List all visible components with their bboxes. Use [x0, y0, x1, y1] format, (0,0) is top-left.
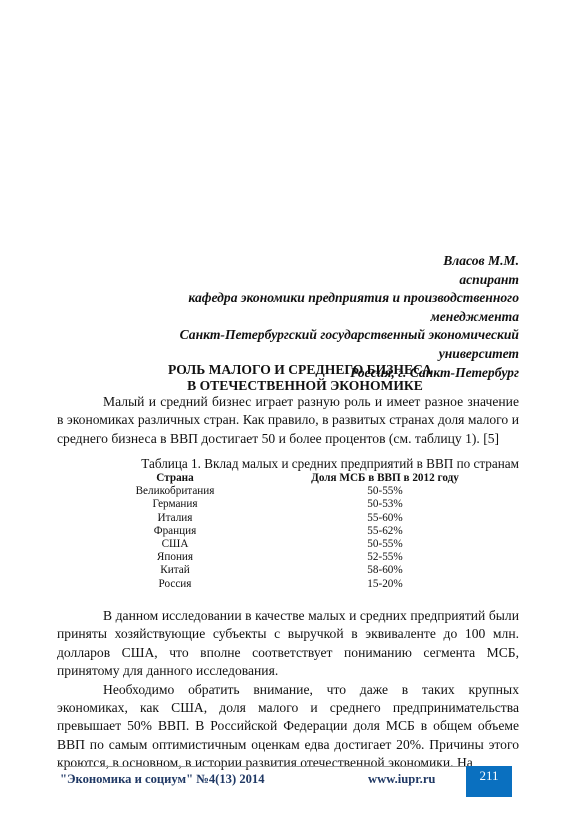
sme-gdp-table: Страна Доля МСБ в ВВП в 2012 году Велико…: [100, 472, 520, 591]
country-cell: Германия: [100, 498, 250, 511]
footer-journal-name: "Экономика и социум" №4(13) 2014: [60, 772, 265, 787]
table-caption: Таблица 1. Вклад малых и средних предпри…: [57, 456, 519, 472]
header-country: Страна: [100, 472, 250, 485]
country-cell: Китай: [100, 564, 250, 577]
table-row: США 50-55%: [100, 538, 520, 551]
footer-divider: [57, 766, 467, 767]
table-row: Германия 50-53%: [100, 498, 520, 511]
table-row: Великобритания 50-55%: [100, 485, 520, 498]
share-cell: 50-55%: [250, 485, 520, 498]
share-cell: 50-55%: [250, 538, 520, 551]
author-department-line1: кафедра экономики предприятия и производ…: [100, 289, 519, 308]
share-cell: 55-60%: [250, 512, 520, 525]
author-position: аспирант: [100, 271, 519, 290]
country-cell: Великобритания: [100, 485, 250, 498]
country-cell: Япония: [100, 551, 250, 564]
country-cell: США: [100, 538, 250, 551]
table-row: Япония 52-55%: [100, 551, 520, 564]
country-cell: Франция: [100, 525, 250, 538]
paragraph-2: В данном исследовании в качестве малых и…: [57, 607, 519, 681]
table-row: Россия 15-20%: [100, 578, 520, 591]
share-cell: 50-53%: [250, 498, 520, 511]
table-header-row: Страна Доля МСБ в ВВП в 2012 году: [100, 472, 520, 485]
author-department-line2: менеджмента: [100, 308, 519, 327]
share-cell: 58-60%: [250, 564, 520, 577]
document-page: Власов М.М. аспирант кафедра экономики п…: [0, 0, 580, 820]
country-cell: Италия: [100, 512, 250, 525]
author-university-line1: Санкт-Петербургский государственный экон…: [100, 326, 519, 345]
table-row: Италия 55-60%: [100, 512, 520, 525]
title-line1: РОЛЬ МАЛОГО И СРЕДНЕГО БИЗНЕСА: [100, 362, 500, 378]
paragraph-1: Малый и средний бизнес играет разную рол…: [57, 393, 519, 448]
author-name: Власов М.М.: [100, 252, 519, 271]
table-row: Китай 58-60%: [100, 564, 520, 577]
page-number-badge: 211: [466, 766, 512, 797]
table-row: Франция 55-62%: [100, 525, 520, 538]
share-cell: 15-20%: [250, 578, 520, 591]
title-line2: В ОТЕЧЕСТВЕННОЙ ЭКОНОМИКЕ: [100, 378, 500, 394]
main-section: В данном исследовании в качестве малых и…: [57, 607, 519, 773]
country-cell: Россия: [100, 578, 250, 591]
share-cell: 55-62%: [250, 525, 520, 538]
share-cell: 52-55%: [250, 551, 520, 564]
header-share: Доля МСБ в ВВП в 2012 году: [250, 472, 520, 485]
paragraph-3: Необходимо обратить внимание, что даже в…: [57, 681, 519, 773]
article-title: РОЛЬ МАЛОГО И СРЕДНЕГО БИЗНЕСА В ОТЕЧЕСТ…: [100, 362, 500, 394]
footer-website-link[interactable]: www.iupr.ru: [368, 772, 435, 787]
intro-section: Малый и средний бизнес играет разную рол…: [57, 393, 519, 448]
author-university-line2: университет: [100, 345, 519, 364]
